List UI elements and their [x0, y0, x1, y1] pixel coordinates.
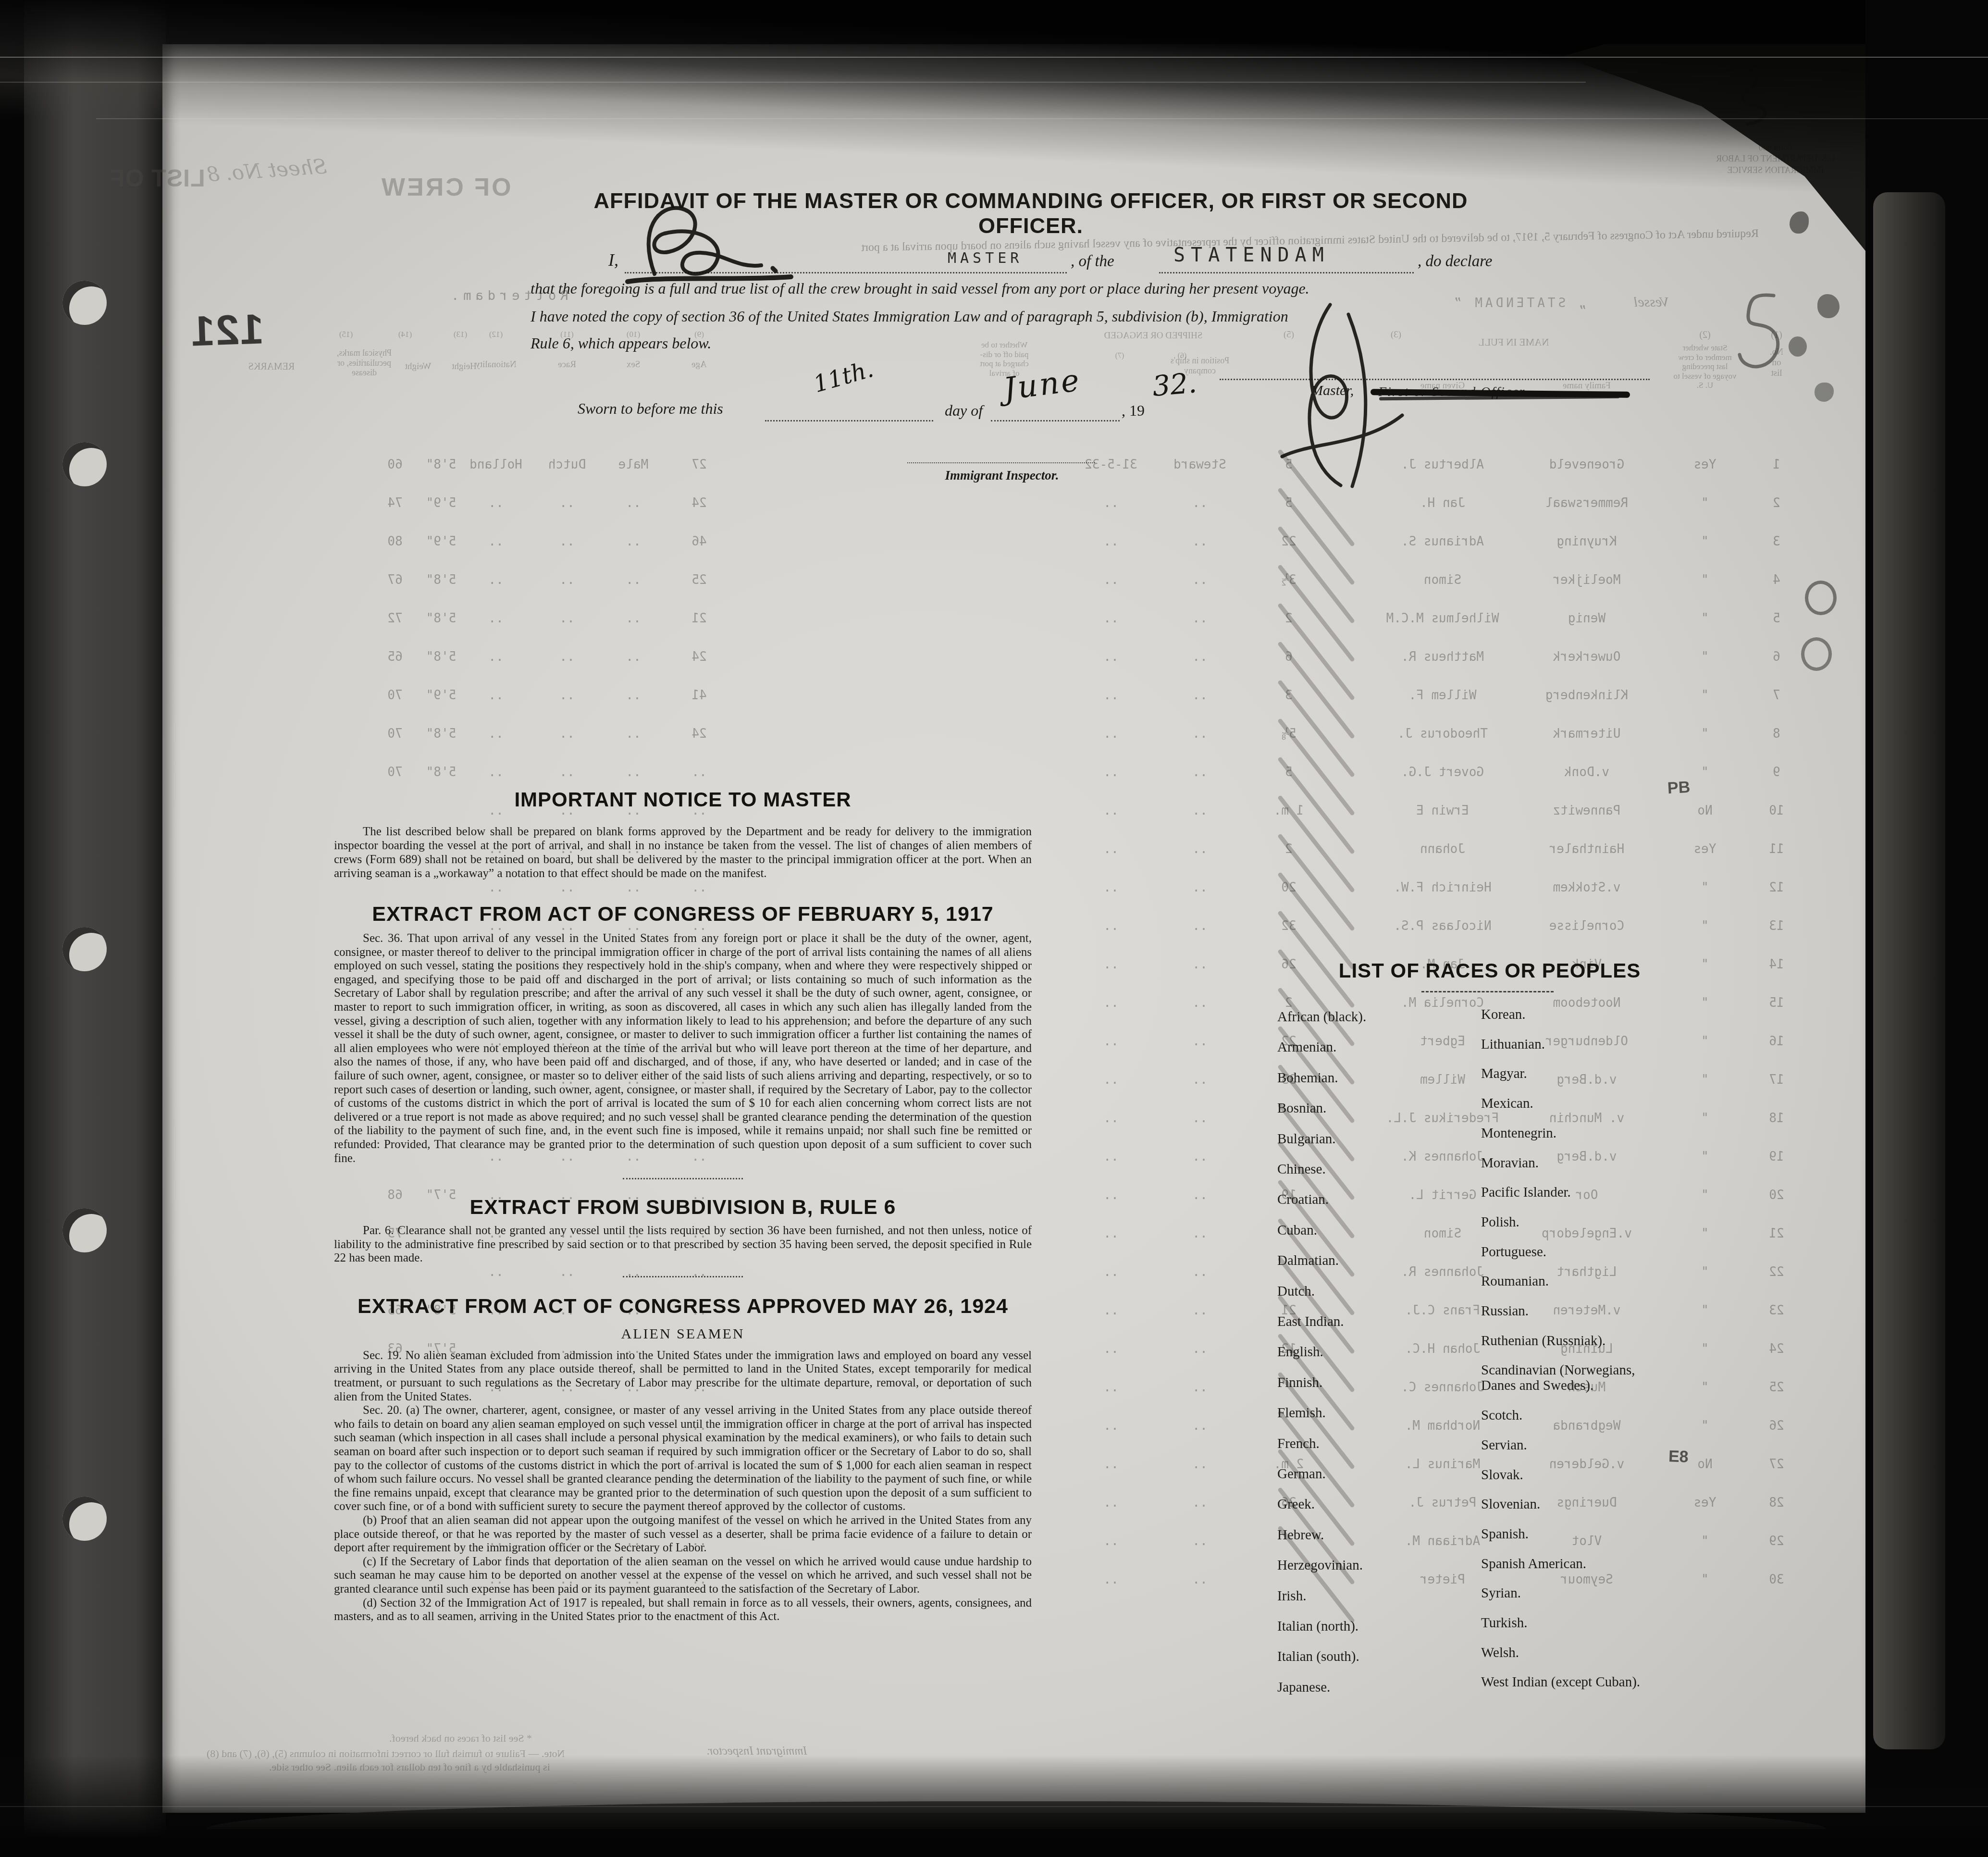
ghost-cell: .. [1103, 919, 1118, 933]
ghost-column-header: Weight [405, 361, 431, 372]
right-page-stack-edge [1873, 192, 1945, 1749]
ghost-cell: .. [488, 765, 503, 780]
ghost-cell: " [1701, 1226, 1709, 1241]
ghost-cell: Hainthaler [1549, 842, 1625, 856]
ghost-cell: " [1701, 1265, 1709, 1279]
ghost-cell: 16 [1769, 1034, 1784, 1049]
film-scratch-2 [0, 82, 1586, 83]
ghost-cell: 22 [1769, 1265, 1784, 1279]
ghost-cell: 28 [1769, 1496, 1784, 1510]
master-label: Master, [1311, 383, 1354, 399]
ghost-cell: " [1701, 765, 1709, 780]
ghost-cell: 5'9" [426, 496, 457, 510]
ghost-cell: 6 [1773, 650, 1780, 664]
ghost-cell: 12 [1769, 880, 1784, 895]
ghost-cell: Oldenburger [1545, 1034, 1628, 1049]
ghost-cell: .. [1192, 496, 1207, 510]
ghost-cell: Kruyning [1556, 534, 1617, 549]
ghost-cell: 65 [387, 650, 402, 664]
ghost-cell: .. [488, 688, 503, 703]
punch-hole-2 [62, 442, 107, 486]
ghost-cell: Willem F. [1409, 688, 1477, 703]
ghost-cell: " [1701, 688, 1709, 703]
ghost-title-fragment-crew: OF CREW [380, 173, 511, 202]
ghost-cell: v.Stokkem [1553, 880, 1621, 895]
race-item: Chinese. [1277, 1162, 1326, 1177]
ghost-cell: .. [1103, 1380, 1118, 1395]
ghost-cell: " [1701, 650, 1709, 664]
ghost-cell: .. [1103, 534, 1118, 549]
ghost-cell: v. Munchin [1549, 1111, 1625, 1126]
stamp-e8: E8 [1668, 1447, 1689, 1466]
race-item: Dalmatian. [1277, 1253, 1339, 1268]
ghost-cell: " [1701, 880, 1709, 895]
race-item: English. [1277, 1344, 1323, 1360]
ghost-cell: .. [1192, 1457, 1207, 1472]
declaration-line4: Rule 6, which appears below. [531, 334, 711, 352]
ghost-cell: .. [1103, 765, 1118, 780]
race-item: Magyar. [1481, 1066, 1527, 1081]
ghost-cell: .. [559, 727, 574, 741]
ghost-cell: " [1701, 727, 1709, 741]
ghost-cell: 1 [1773, 458, 1780, 472]
race-item: Bosnian. [1277, 1101, 1326, 1116]
ghost-cell: Wegbranda [1553, 1419, 1621, 1433]
film-scratch-1 [0, 57, 1988, 58]
ghost-cell: Norbham M. [1405, 1419, 1481, 1433]
ghost-cell: 60 [387, 458, 402, 472]
ghost-cell: Pieter [1420, 1572, 1465, 1587]
sec20d-body: (d) Section 32 of the Immigration Act of… [334, 1597, 1032, 1624]
ghost-cell: Simon [1424, 1226, 1461, 1241]
sworn-year: 32. [1151, 366, 1198, 403]
ghost-cell: " [1701, 496, 1709, 510]
ghost-cell: Wilhelmus M.C.M [1386, 611, 1499, 626]
inspector-label: Immigrant Inspector. [915, 468, 1088, 483]
ghost-cell: 5'8" [426, 765, 457, 780]
sworn-day-line [765, 420, 933, 421]
ghost-cell: 27 [691, 458, 706, 472]
race-item: Japanese. [1277, 1680, 1330, 1695]
ghost-cell: Moelijker [1553, 573, 1621, 587]
ghost-column-header: Nationality [475, 359, 516, 370]
ghost-cell: .. [1192, 919, 1207, 933]
ghost-cell: 7 [1773, 688, 1780, 703]
ghost-column-header: SHIPPED OR ENGAGED [1104, 331, 1203, 341]
race-item: Greek. [1277, 1497, 1315, 1512]
race-item: Slovenian. [1481, 1497, 1540, 1512]
ghost-cell: .. [1192, 688, 1207, 703]
race-item: Roumanian. [1481, 1274, 1549, 1289]
ghost-cell: Nicolaas P.S. [1394, 919, 1492, 933]
ghost-cell: .. [1192, 1342, 1207, 1356]
ghost-cell: 80 [387, 534, 402, 549]
ghost-cell: 5'8" [426, 458, 457, 472]
punch-hole-1 [62, 281, 107, 325]
ghost-column-header: Race [558, 359, 576, 370]
ghost-cell: .. [1103, 1226, 1118, 1241]
race-item: Pacific Islander. [1481, 1185, 1571, 1200]
ghost-cell: .. [1103, 496, 1118, 510]
ghost-cell: Yes [1694, 1496, 1716, 1510]
ghost-cell: Govert J.G. [1401, 765, 1484, 780]
ghost-cell: 5'8" [426, 650, 457, 664]
ghost-cell: .. [559, 611, 574, 626]
ghost-cell: Frederikus J.L. [1386, 1111, 1499, 1126]
ghost-cell: 19 [1769, 1150, 1784, 1164]
ghost-cell: 18 [1769, 1111, 1784, 1126]
ghost-cell: Marinus L. [1405, 1457, 1481, 1472]
race-item: Slovak. [1481, 1467, 1523, 1483]
ghost-cell: v.Meteren [1553, 1303, 1621, 1318]
ghost-cell: Johannes C. [1401, 1380, 1484, 1395]
separator-1 [623, 1178, 743, 1179]
ghost-cell: Nooteboom [1553, 996, 1621, 1010]
ghost-cell: Remmerswaal [1545, 496, 1628, 510]
ghost-cell: 5'8" [426, 727, 457, 741]
ghost-cell: 67 [387, 573, 402, 587]
ghost-cell: Holland [469, 458, 522, 472]
ghost-cell: 70 [387, 765, 402, 780]
ghost-cell: 29 [1769, 1534, 1784, 1548]
ghost-cell: Seymour [1560, 1572, 1613, 1587]
ghost-cell: Uitermark [1553, 727, 1621, 741]
race-item: Scotch. [1481, 1408, 1522, 1423]
ghost-cell: .. [559, 688, 574, 703]
ghost-cell: .. [1103, 1534, 1118, 1548]
ghost-cell: 5'9" [426, 534, 457, 549]
ghost-cell: .. [488, 611, 503, 626]
ghost-cell: .. [626, 611, 641, 626]
ghost-cell: .. [559, 650, 574, 664]
ghost-column-header: (2) [1699, 330, 1710, 341]
race-item: German. [1277, 1466, 1326, 1482]
ghost-column-header: Sex [627, 359, 641, 370]
race-item: Korean. [1481, 1007, 1526, 1022]
sec20b-body: (b) Proof that an alien seaman did not a… [334, 1514, 1032, 1555]
ghost-cell: Yes [1694, 458, 1716, 472]
ghost-cell: " [1701, 1073, 1709, 1087]
vessel-line [1159, 272, 1414, 273]
ghost-column-header: Physical marks, peculiarities, or diseas… [337, 348, 392, 378]
ghost-cell: Mattheus R. [1401, 650, 1484, 664]
ghost-cell: 25 [691, 573, 706, 587]
ghost-cell: " [1701, 1419, 1709, 1433]
ghost-cell: Vlot [1572, 1534, 1602, 1548]
ghost-cell: Heinrich F.W. [1394, 880, 1492, 895]
alien-seamen-subtitle: ALIEN SEAMEN [334, 1326, 1032, 1342]
day-of-label: day of [945, 402, 983, 420]
ghost-cell: " [1701, 1572, 1709, 1587]
ghost-cell: Steward [1173, 458, 1226, 472]
ghost-cell: .. [626, 688, 641, 703]
ghost-cell: .. [1103, 1457, 1118, 1472]
ghost-cell: Petrus J. [1409, 1496, 1477, 1510]
ghost-cell: Male [618, 458, 649, 472]
ghost-cell: 11 [1769, 842, 1784, 856]
race-item: West Indian (except Cuban). [1481, 1674, 1640, 1690]
ghost-cell: .. [1103, 880, 1118, 895]
race-item: Welsh. [1481, 1645, 1519, 1660]
ghost-cell: 4 [1773, 573, 1780, 587]
race-item: Ruthenian (Russniak). [1481, 1333, 1605, 1349]
race-item: Syrian. [1481, 1585, 1521, 1601]
ghost-cell: .. [626, 650, 641, 664]
ghost-cell: .. [1103, 957, 1118, 972]
ghost-cell: .. [1103, 1303, 1118, 1318]
vessel-name: STATENDAM [1173, 244, 1330, 266]
ghost-cell: .. [1192, 1303, 1207, 1318]
ghost-cell: Pannewitz [1553, 804, 1621, 818]
ghost-footnote-races: * See list of races on back hereof. [389, 1732, 532, 1745]
ghost-cell: Simon [1424, 573, 1461, 587]
ghost-cell: Gerrit L. [1409, 1188, 1477, 1202]
race-item: Armenian. [1277, 1040, 1336, 1055]
ghost-cell: .. [559, 573, 574, 587]
ghost-cell: 70 [387, 688, 402, 703]
ghost-cell: 5'9" [426, 688, 457, 703]
ghost-cell: 24 [691, 650, 706, 664]
film-scratch-3 [96, 118, 1988, 119]
ghost-cell: .. [1192, 1419, 1207, 1433]
ghost-cell: Egbert [1420, 1034, 1465, 1049]
punch-hole-4 [62, 1208, 107, 1252]
ghost-cell: .. [626, 534, 641, 549]
ghost-cell: .. [1192, 842, 1207, 856]
race-item: Lithuanian. [1481, 1037, 1545, 1052]
ghost-cell: .. [1192, 1188, 1207, 1202]
ghost-cell: No [1697, 1457, 1712, 1472]
film-scratch-4 [0, 1806, 1988, 1807]
ghost-column-header: Height [452, 361, 477, 372]
ghost-column-header: (14) [398, 330, 412, 339]
ghost-cell: 27 [1769, 1457, 1784, 1472]
race-item: Moravian. [1481, 1155, 1539, 1171]
races-title-underline [1421, 991, 1554, 992]
ghost-column-header: (15) [339, 330, 353, 339]
pencil-circle-1 [1805, 581, 1837, 615]
ghost-cell: 5'8" [426, 611, 457, 626]
ghost-cell: 26 [1769, 1419, 1784, 1433]
scanned-document-photo: { "page": { "stamp_number": "121", "shee… [0, 0, 1988, 1857]
ghost-cell: Ouwerkerk [1553, 650, 1621, 664]
race-item: Irish. [1277, 1588, 1306, 1604]
race-item: Spanish American. [1481, 1556, 1586, 1572]
ghost-cell: 21 [691, 611, 706, 626]
race-item: Polish. [1481, 1214, 1519, 1230]
ghost-cell: .. [559, 496, 574, 510]
ghost-column-header: State whether member of crew last preced… [1674, 343, 1737, 390]
ghost-cell: v.Gelderen [1549, 1457, 1625, 1472]
race-item: Flemish. [1277, 1405, 1326, 1421]
ghost-cell: 17 [1769, 1073, 1784, 1087]
ghost-cell: " [1701, 1342, 1709, 1356]
race-item: Bohemian. [1277, 1070, 1338, 1086]
ghost-cell: " [1701, 611, 1709, 626]
ghost-cell: 70 [387, 727, 402, 741]
ghost-cell: Oor [1576, 1188, 1598, 1202]
ghost-cell: .. [1192, 1111, 1207, 1126]
ghost-cell: .. [1103, 573, 1118, 587]
ghost-cell: .. [1103, 842, 1118, 856]
ghost-cell: Johannes R. [1401, 1265, 1484, 1279]
ghost-cell: Adriaan M. [1405, 1534, 1481, 1548]
ghost-cell: 24 [691, 727, 706, 741]
ghost-cell: Adrianus S. [1401, 534, 1484, 549]
extract1917-body: Sec. 36. That upon arrival of any vessel… [334, 932, 1032, 1165]
ghost-cell: .. [1192, 534, 1207, 549]
ghost-cell: Theodorus J. [1397, 727, 1488, 741]
ghost-cell: .. [1192, 650, 1207, 664]
ghost-cell: " [1701, 1303, 1709, 1318]
ghost-cell: .. [626, 573, 641, 587]
sec19-body: Sec. 19. No alien seaman excluded from a… [334, 1349, 1032, 1404]
ghost-cell: Duerings [1556, 1496, 1617, 1510]
ghost-cell: Cornelia M. [1401, 996, 1484, 1010]
ghost-cell: v.Engeledorp [1542, 1226, 1632, 1241]
ghost-cell: .. [488, 650, 503, 664]
punch-hole-3 [62, 927, 107, 971]
ghost-cell: 74 [387, 496, 402, 510]
race-item: Italian (north). [1277, 1619, 1358, 1634]
race-item: Italian (south). [1277, 1649, 1359, 1664]
races-title: LIST OF RACES OR PEOPLES [1331, 959, 1648, 982]
ghost-cell: No [1697, 804, 1712, 818]
ghost-cell: .. [1192, 880, 1207, 895]
ghost-cell: Ligthart [1556, 1265, 1617, 1279]
ghost-cell: 21 [1769, 1226, 1784, 1241]
race-item: Scandinavian (Norwegians, Danes and Swed… [1481, 1362, 1635, 1393]
ghost-cell: .. [626, 496, 641, 510]
do-declare-label: , do declare [1418, 253, 1492, 271]
ghost-cell: .. [626, 727, 641, 741]
sworn-month-line [991, 420, 1120, 421]
ghost-cell: v.Donk [1564, 765, 1609, 780]
ghost-cell: 72 [387, 611, 402, 626]
ghost-cell: .. [488, 534, 503, 549]
ghost-cell: Groeneveld [1549, 458, 1625, 472]
ghost-cell: Klinkenberg [1545, 688, 1628, 703]
ghost-cell: 8 [1773, 727, 1780, 741]
binding-strip [24, 0, 166, 1857]
ghost-cell: .. [1103, 688, 1118, 703]
notice-title: IMPORTANT NOTICE TO MASTER [334, 788, 1032, 811]
ghost-column-header: (6) [1178, 352, 1187, 360]
ghost-column-header: NAME IN FULL [1479, 336, 1549, 348]
ghost-cell: .. [1192, 1150, 1207, 1164]
ink-blot-3 [1789, 336, 1807, 357]
ghost-cell: Erwin E [1416, 804, 1469, 818]
role-typed: MASTER [948, 250, 1023, 267]
notice-body: The list described below shall be prepar… [334, 825, 1032, 880]
race-item: Herzegovinian. [1277, 1558, 1363, 1573]
ghost-cell: " [1701, 1380, 1709, 1395]
ghost-cell: .. [1192, 1496, 1207, 1510]
ghost-cell: v.d.Berg [1556, 1073, 1617, 1087]
ghost-cell: Dutch [548, 458, 586, 472]
ghost-cell: 5'8" [426, 573, 457, 587]
margin-squiggle-5 [1728, 288, 1795, 375]
race-item: Hebrew. [1277, 1527, 1324, 1543]
ghost-cell: " [1701, 996, 1709, 1010]
pencil-circle-2 [1801, 637, 1832, 671]
race-item: East Indian. [1277, 1314, 1344, 1329]
ghost-cell: 10 [1769, 804, 1784, 818]
i-label: I, [608, 250, 618, 270]
ghost-cell: .. [1192, 804, 1207, 818]
ghost-cell: Johannes K. [1401, 1150, 1484, 1164]
inspector-line [907, 462, 1095, 463]
ghost-column-header: Age [691, 359, 707, 370]
race-item: Finnish. [1277, 1375, 1322, 1390]
rule6-body: Par. 6. Clearance shall not be granted a… [334, 1224, 1032, 1265]
ghost-cell: .. [488, 727, 503, 741]
race-item: Turkish. [1481, 1615, 1527, 1631]
extract1924-title: EXTRACT FROM ACT OF CONGRESS APPROVED MA… [334, 1295, 1032, 1318]
ghost-cell: .. [1192, 573, 1207, 587]
ghost-cell: 2 [1773, 496, 1780, 510]
ghost-cell: 31-5-32 [1085, 458, 1137, 472]
ghost-cell: 24 [1769, 1342, 1784, 1356]
ghost-column-header: REMARKS [248, 361, 295, 372]
race-item: Russian. [1481, 1303, 1529, 1319]
race-item: French. [1277, 1436, 1320, 1451]
ghost-cell: 20 [1769, 1188, 1784, 1202]
ghost-cell: .. [1192, 1572, 1207, 1587]
ghost-cell: .. [1192, 727, 1207, 741]
ghost-cell: .. [1192, 611, 1207, 626]
ghost-cell: " [1701, 919, 1709, 933]
ghost-cell: .. [1103, 1188, 1118, 1202]
ghost-cell: .. [1103, 611, 1118, 626]
ghost-cell: .. [1192, 1073, 1207, 1087]
race-item: Bulgarian. [1277, 1131, 1336, 1147]
ghost-cell: .. [1192, 1534, 1207, 1548]
ghost-cell: .. [1103, 1419, 1118, 1433]
ghost-cell: .. [1103, 650, 1118, 664]
master-signature [620, 196, 798, 292]
race-item: Montenegrin. [1481, 1126, 1556, 1141]
ghost-column-header: (7) [1115, 352, 1124, 360]
ghost-cell: Frans C.J. [1405, 1303, 1481, 1318]
ghost-cell: .. [1192, 996, 1207, 1010]
race-item: Cuban. [1277, 1223, 1317, 1238]
ghost-cell: .. [1103, 1342, 1118, 1356]
ghost-cell: " [1701, 1188, 1709, 1202]
race-item: Dutch. [1277, 1284, 1315, 1299]
ghost-cell: .. [1192, 1380, 1207, 1395]
ghost-cell: 24 [691, 496, 706, 510]
ghost-cell: 23 [1769, 1303, 1784, 1318]
ghost-column-header: (12) [489, 330, 503, 339]
ghost-cell: 15 [1769, 996, 1784, 1010]
ghost-cell: Johan H.C. [1405, 1342, 1481, 1356]
rule6-title: EXTRACT FROM SUBDIVISION B, RULE 6 [334, 1196, 1032, 1219]
ghost-cell: 41 [691, 688, 706, 703]
ghost-cell: .. [1103, 1496, 1118, 1510]
ghost-cell: .. [1192, 765, 1207, 780]
sec20c-body: (c) If the Secretary of Labor finds that… [334, 1555, 1032, 1597]
ink-blot-2 [1817, 294, 1840, 318]
ghost-cell: .. [1192, 1226, 1207, 1241]
ghost-cell: Wenig [1568, 611, 1605, 626]
ghost-cell: .. [1192, 1034, 1207, 1049]
ghost-cell: " [1701, 573, 1709, 587]
ghost-cell: " [1701, 1111, 1709, 1126]
ghost-vessel-label: Vessel [1634, 294, 1669, 310]
ghost-cell: Yes [1694, 842, 1716, 856]
race-item: African (black). [1277, 1009, 1366, 1025]
